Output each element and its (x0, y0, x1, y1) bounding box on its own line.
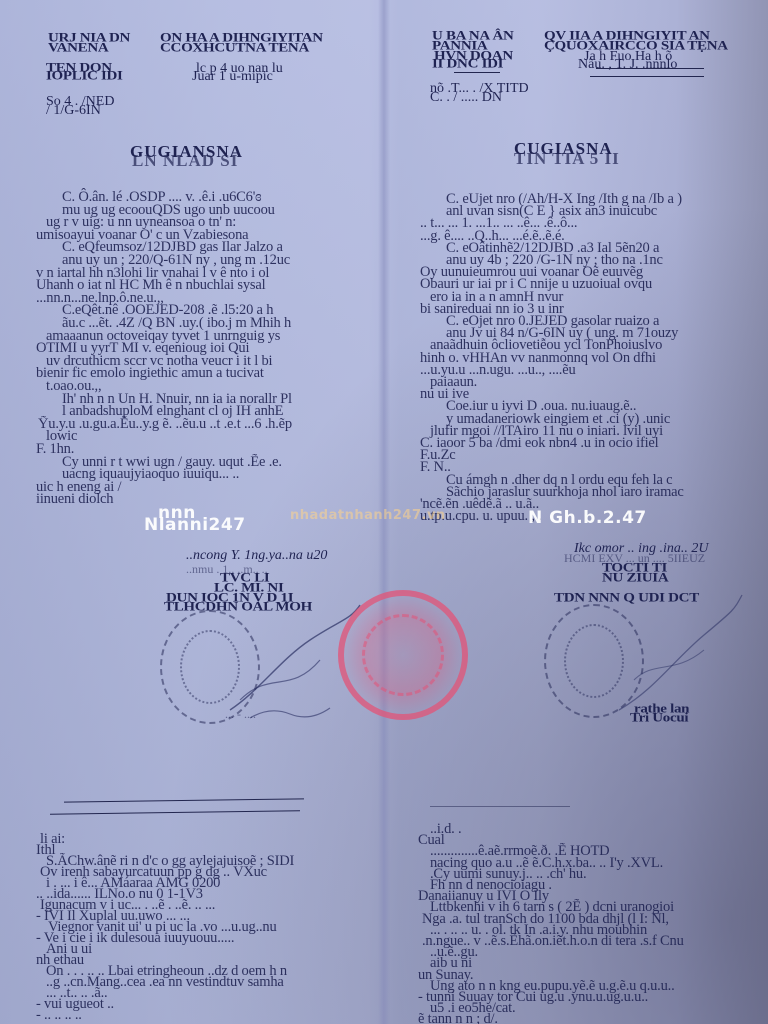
left-footer-line: - .. .. .. .. (36, 1008, 82, 1023)
left-date-line-1: ..ncong Y. 1ng.ya..na u20 (186, 549, 327, 563)
left-divider-2 (50, 810, 300, 814)
left-body-line: iinueni diolch (36, 492, 113, 507)
right-motto-underline-2 (590, 76, 704, 77)
right-signer-name-2: Tri Uocui (630, 712, 688, 725)
right-doc-title-2: TIN TIA 5 II (514, 150, 620, 167)
left-doc-number-2: / 1/G-6IN (46, 104, 101, 118)
right-agency-underline (454, 72, 500, 73)
right-footer-line: ẽ tann n n ; d/. (418, 1012, 498, 1024)
left-signer-name: ... - .... (225, 708, 256, 720)
right-body-line: C. iaoor 5 ba /dmi eok nbn4 .u in ocio i… (420, 436, 658, 451)
watermark-left: Nlanni247 (144, 515, 246, 535)
right-signature-icon (614, 590, 744, 720)
right-signer-title-2: NU ZIUIA (602, 572, 668, 585)
watermark-right: N Gh.b.2.47 (528, 508, 647, 528)
right-doc-number-2: C. . / ..... DN (430, 91, 502, 105)
left-divider-1 (64, 798, 304, 802)
right-motto-2: Nãu. , T. J. .nnnlo (578, 58, 677, 72)
left-agency-sub-2: IOPLIC IDI (46, 70, 123, 83)
right-agency-sub-2: II DNC IDI (432, 58, 503, 71)
left-motto-2: Juar 1 u-mipic (192, 70, 273, 84)
right-divider (430, 806, 570, 807)
faint-watermark: nhadatnhanh247.vn (290, 508, 446, 523)
left-country-header-2: CCOXHCUTNA TENA (160, 42, 309, 55)
red-stamp-icon (338, 590, 468, 720)
right-motto-underline-1 (596, 68, 704, 69)
left-doc-title-2: LN NLAD SI (132, 152, 238, 169)
left-agency-name-2: VANENA (48, 42, 108, 55)
